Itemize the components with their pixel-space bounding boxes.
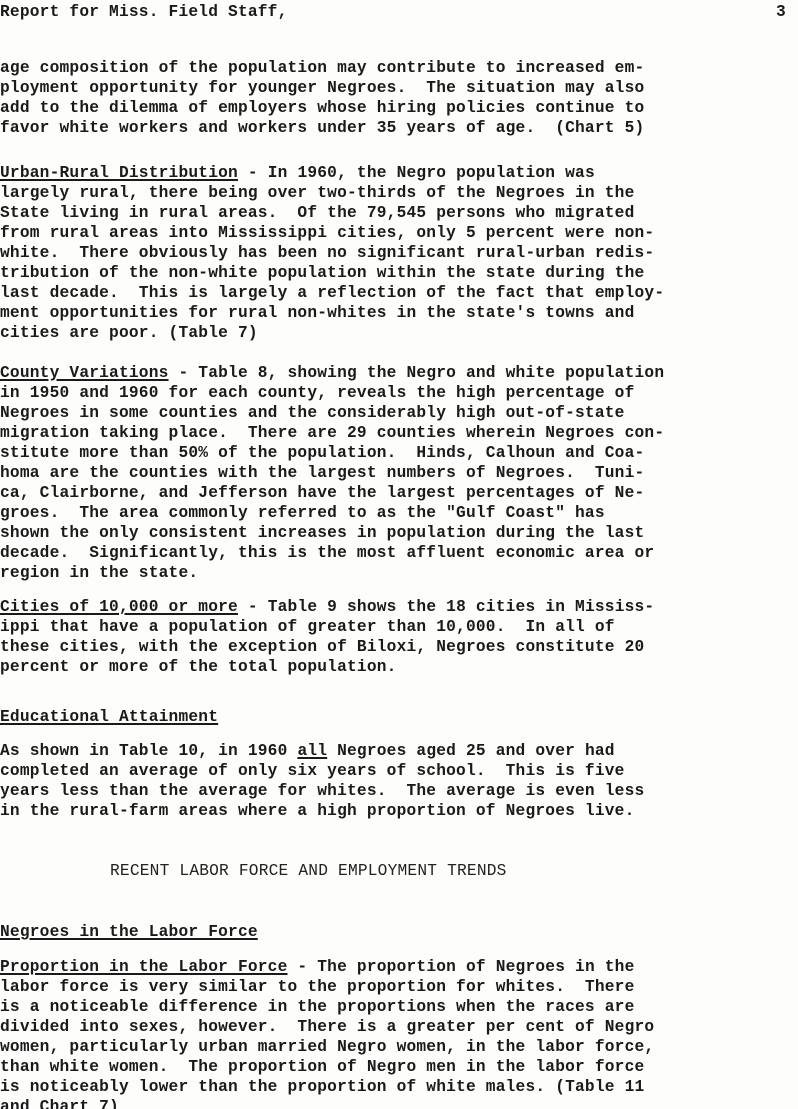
text-line: age composition of the population may co…	[0, 58, 798, 78]
text-line: in the rural-farm areas where a high pro…	[0, 801, 798, 821]
section-heading-labor-force: Negroes in the Labor Force	[0, 923, 258, 941]
proportion-paragraph: Proportion in the Labor Force - The prop…	[0, 957, 798, 1109]
text-line: last decade. This is largely a reflectio…	[0, 283, 798, 303]
cities-paragraph: Cities of 10,000 or more - Table 9 shows…	[0, 597, 798, 677]
text-line: ployment opportunity for younger Negroes…	[0, 78, 798, 98]
text-fragment: - Table 8, showing the Negro and white p…	[169, 364, 665, 382]
text-line: homa are the counties with the largest n…	[0, 463, 798, 483]
text-line: percent or more of the total population.	[0, 657, 798, 677]
text-line: region in the state.	[0, 563, 798, 583]
text-line: ippi that have a population of greater t…	[0, 617, 798, 637]
text-line: in 1950 and 1960 for each county, reveal…	[0, 383, 798, 403]
text-line: women, particularly urban married Negro …	[0, 1037, 798, 1057]
urban-rural-paragraph: Urban-Rural Distribution - In 1960, the …	[0, 163, 798, 343]
section-heading-proportion: Proportion in the Labor Force	[0, 958, 288, 976]
document-page: Report for Miss. Field Staff, 3 age comp…	[0, 0, 798, 1109]
section-title: RECENT LABOR FORCE AND EMPLOYMENT TRENDS	[110, 862, 507, 880]
text-line: favor white workers and workers under 35…	[0, 118, 798, 138]
text-line: State living in rural areas. Of the 79,5…	[0, 203, 798, 223]
text-line: ca, Clairborne, and Jefferson have the l…	[0, 483, 798, 503]
text-fragment: - The proportion of Negroes in the	[288, 958, 635, 976]
text-line: largely rural, there being over two-thir…	[0, 183, 798, 203]
section-heading-educational-attainment: Educational Attainment	[0, 708, 218, 726]
page-number: 3	[776, 3, 786, 22]
section-heading-urban-rural: Urban-Rural Distribution	[0, 164, 238, 182]
text-line: tribution of the non-white population wi…	[0, 263, 798, 283]
intro-paragraph: age composition of the population may co…	[0, 58, 798, 138]
text-line: than white women. The proportion of Negr…	[0, 1057, 798, 1077]
text-line: divided into sexes, however. There is a …	[0, 1017, 798, 1037]
education-paragraph: As shown in Table 10, in 1960 all Negroe…	[0, 741, 798, 821]
text-line: Negroes in some counties and the conside…	[0, 403, 798, 423]
text-fragment: Negroes aged 25 and over had	[327, 742, 615, 760]
county-variations-paragraph: County Variations - Table 8, showing the…	[0, 363, 798, 583]
section-heading-cities: Cities of 10,000 or more	[0, 598, 238, 616]
text-line: and Chart 7)	[0, 1097, 798, 1109]
text-fragment: - Table 9 shows the 18 cities in Mississ…	[238, 598, 654, 616]
text-line: labor force is very similar to the propo…	[0, 977, 798, 997]
text-line: white. There obviously has been no signi…	[0, 243, 798, 263]
text-line: add to the dilemma of employers whose hi…	[0, 98, 798, 118]
labor-force-heading-block: Negroes in the Labor Force	[0, 922, 798, 942]
text-line: these cities, with the exception of Bilo…	[0, 637, 798, 657]
education-heading-block: Educational Attainment	[0, 707, 798, 727]
page-header-title: Report for Miss. Field Staff,	[0, 3, 288, 22]
text-line: is noticeably lower than the proportion …	[0, 1077, 798, 1097]
text-fragment: As shown in Table 10, in 1960	[0, 742, 297, 760]
text-line: migration taking place. There are 29 cou…	[0, 423, 798, 443]
text-fragment: - In 1960, the Negro population was	[238, 164, 595, 182]
text-line: from rural areas into Mississippi cities…	[0, 223, 798, 243]
text-line: stitute more than 50% of the population.…	[0, 443, 798, 463]
text-line: is a noticeable difference in the propor…	[0, 997, 798, 1017]
section-heading-county-variations: County Variations	[0, 364, 169, 382]
text-line: groes. The area commonly referred to as …	[0, 503, 798, 523]
text-line: completed an average of only six years o…	[0, 761, 798, 781]
text-line: ment opportunities for rural non-whites …	[0, 303, 798, 323]
text-line: years less than the average for whites. …	[0, 781, 798, 801]
text-line: decade. Significantly, this is the most …	[0, 543, 798, 563]
text-line: shown the only consistent increases in p…	[0, 523, 798, 543]
text-line: cities are poor. (Table 7)	[0, 323, 798, 343]
emphasis-all: all	[297, 742, 327, 760]
